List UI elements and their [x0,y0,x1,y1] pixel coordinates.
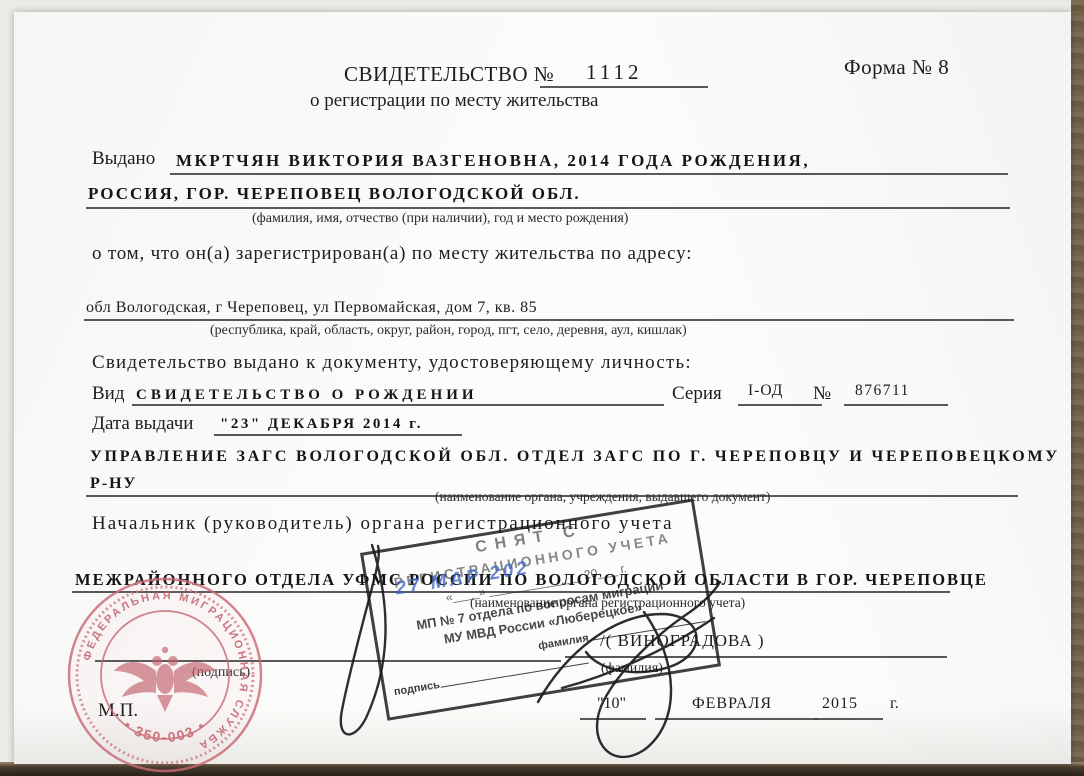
series-value: I-ОД [748,382,783,400]
fill-line [84,319,1014,321]
issuing-org-line2: Р-НУ [90,475,137,493]
cancel-sign-line [440,663,588,688]
cancel-sign-label: подпись [393,679,441,698]
date-year-suffix: г. [890,695,899,713]
cancel-sign-row: подпись [393,655,589,699]
date-line [580,718,646,720]
number-underline [540,86,708,88]
date-day: "10" [597,695,626,713]
fill-line [86,207,1010,209]
date-line [815,718,883,720]
fill-line [170,173,1008,175]
issue-date-value: "23" ДЕКАБРЯ 2014 г. [220,416,423,433]
form-number-label: Форма № 8 [844,55,949,80]
person-name-line2: РОССИЯ, ГОР. ЧЕРЕПОВЕЦ ВОЛОГОДСКОЙ ОБЛ. [88,184,581,204]
person-name-line1: МКРТЧЯН ВИКТОРИЯ ВАЗГЕНОВНА, 2014 ГОДА Р… [176,151,810,171]
issuing-org-caption: (наименование органа, учреждения, выдавш… [435,489,770,505]
issue-date-label: Дата выдачи [92,413,193,435]
issuing-org-line1: УПРАВЛЕНИЕ ЗАГС ВОЛОГОДСКОЙ ОБЛ. ОТДЕЛ З… [90,448,1060,466]
cancel-surname-line [589,621,706,641]
document-title: СВИДЕТЕЛЬСТВО № [344,62,554,87]
desk-edge-right [1071,0,1084,776]
mp-label: М.П. [98,700,138,722]
doc-type-label: Вид [92,383,125,405]
address-caption: (республика, край, область, округ, район… [210,323,687,339]
doc-number-value: 876711 [855,382,910,400]
date-year: 2015 [822,695,858,713]
fill-line [738,404,822,406]
desk-edge-bottom [0,762,1084,776]
issued-label: Выдано [92,148,155,170]
doc-number-label: № [813,383,831,405]
scanned-certificate-photo: Форма № 8 СВИДЕТЕЛЬСТВО № 1112 о регистр… [0,0,1084,776]
identity-doc-intro: Свидетельство выдано к документу, удосто… [92,352,692,374]
date-month: ФЕВРАЛЯ [692,695,772,713]
certificate-paper: Форма № 8 СВИДЕТЕЛЬСТВО № 1112 о регистр… [14,12,1071,764]
certificate-number: 1112 [586,60,642,85]
fill-line [844,404,948,406]
cancel-surname-label: фамилия [537,632,589,652]
date-line [655,718,817,720]
series-label: Серия [672,383,722,405]
fill-line [132,404,664,406]
address-value: обл Вологодская, г Череповец, ул Первома… [86,299,537,317]
doc-type-value: СВИДЕТЕЛЬСТВО О РОЖДЕНИИ [136,387,478,404]
sign-caption: (подпись) [192,665,250,681]
statement-line: о том, что он(а) зарегистрирован(а) по м… [92,243,692,265]
fill-line [214,434,462,436]
document-subtitle: о регистрации по месту жительства [310,90,598,112]
person-caption: (фамилия, имя, отчество (при наличии), г… [252,211,628,227]
